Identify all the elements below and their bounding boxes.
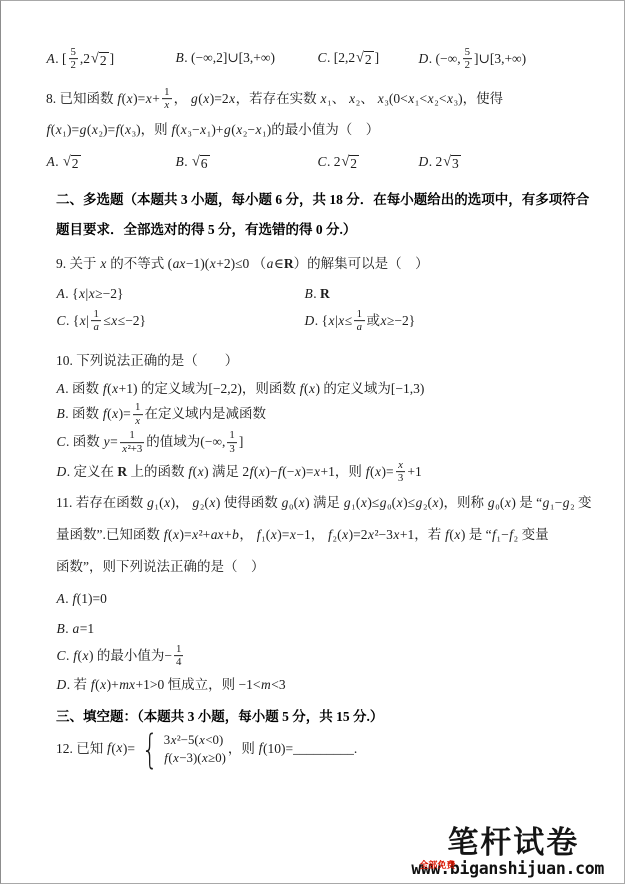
q10-option-a: A. 函数 f(x+1) 的定义域为[−2,2)，则函数 f(x) 的定义域为[… [46,378,598,400]
q11-option-d: D. 若 f(x)+mx+1>0 恒成立，则 −1<m<3 [46,674,598,696]
q7-option-a: A. [52,2√2] [46,47,175,73]
q10-stem: 10. 下列说法正确的是（ ） [46,350,598,372]
q8-option-a: A. √2 [46,151,175,173]
q11-stem-line3: 函数”，则下列说法正确的是（ ） [46,556,598,578]
q8-option-c: C. 2√2 [317,151,418,173]
q9-stem: 9. 关于 x 的不等式 (ax−1)(x+2)≤0 （a∈R）的解集可以是（ … [46,253,598,275]
q11-option-b: B. a=1 [46,618,598,640]
q10-option-d: D. 定义在 R 上的函数 f(x) 满足 2f(x)−f(−x)=x+1，则 … [46,460,598,486]
q11-option-c: C. f(x) 的最小值为−14 [46,644,598,670]
q7-option-c: C. [2,2√2] [317,47,418,73]
logo-free-badge: 全部免费 [419,858,455,871]
exam-page: A. [52,2√2] B. (−∞,2]∪[3,+∞) C. [2,2√2] … [0,0,625,884]
q8-stem-line1: 8. 已知函数 f(x)=x+1x， g(x)=2x，若存在实数 x₁、 x₂、… [46,87,598,113]
section2-heading-line2: 题目要求．全部选对的得 5 分，有选错的得 0 分.） [46,219,598,241]
q12-stem: 12. 已知 f(x)={3x²−5(x<0)f(x−3)(x≥0)，则 f(1… [46,732,598,767]
q11-stem-line1: 11. 若存在函数 g₁(x)， g₂(x) 使得函数 g₀(x) 满足 g₁(… [46,492,598,514]
q9-option-c: C. {x|1a≤x≤−2} [56,309,304,335]
q9-option-d: D. {x|x≤1a或x≥−2} [304,309,598,335]
section2-heading-line1: 二、多选题（本题共 3 小题，每小题 6 分，共 18 分．在每小题给出的选项中… [46,189,598,211]
q7-options-row: A. [52,2√2] B. (−∞,2]∪[3,+∞) C. [2,2√2] … [46,47,598,73]
q10-option-c: C. 函数 y=1x²+3的值域为(−∞,13] [46,430,598,456]
logo-brand-text: 笔杆试卷 [447,827,604,860]
q9-options-row1: A. {x|x≥−2} B. R [46,283,598,305]
exam-content: A. [52,2√2] B. (−∞,2]∪[3,+∞) C. [2,2√2] … [1,1,624,767]
q10-option-b: B. 函数 f(x)=1x在定义域内是减函数 [46,402,598,428]
biganshijuan-logo: 笔杆试卷 全部免费 www.biganshijuan.com [411,827,604,879]
q7-option-d: D. (−∞,52]∪[3,+∞) [418,47,598,73]
section3-heading: 三、填空题：（本题共 3 小题，每小题 5 分，共 15 分.） [46,706,598,728]
q11-stem-line2: 量函数”.已知函数 f(x)=x²+ax+b， f₁(x)=x−1， f₂(x)… [46,524,598,546]
q9-option-b: B. R [304,283,598,305]
q9-option-a: A. {x|x≥−2} [56,283,304,305]
q8-option-b: B. √6 [175,151,317,173]
q11-option-a: A. f(1)=0 [46,588,598,610]
q7-option-b: B. (−∞,2]∪[3,+∞) [175,47,317,73]
q8-stem-line2: f(x₁)=g(x₂)=f(x₃)，则 f(x₃−x₁)+g(x₂−x₁)的最小… [46,119,598,141]
q9-options-row2: C. {x|1a≤x≤−2} D. {x|x≤1a或x≥−2} [46,309,598,335]
q8-options-row: A. √2 B. √6 C. 2√2 D. 2√3 [46,151,598,173]
q8-option-d: D. 2√3 [418,151,598,173]
